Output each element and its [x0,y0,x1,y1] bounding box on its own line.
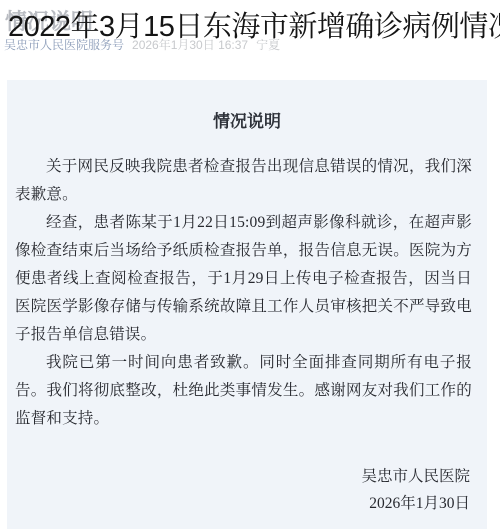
signature-org-name: 吴忠市人民医院 [7,463,470,490]
statement-paragraph-1: 关于网民反映我院患者检查报告出现信息错误的情况，我们深表歉意。 [15,153,472,209]
statement-image[interactable]: 情况说明 关于网民反映我院患者检查报告出现信息错误的情况，我们深表歉意。 经查，… [7,80,487,529]
statement-paragraph-2: 经查，患者陈某于1月22日15:09到超声影像科就诊，在超声影像检查结束后当场给… [15,209,472,349]
signature-date: 2026年1月30日 [7,490,470,517]
statement-signature: 吴忠市人民医院 2026年1月30日 [7,463,487,517]
statement-title: 情况说明 [7,107,487,132]
statement-body: 关于网民反映我院患者检查报告出现信息错误的情况，我们深表歉意。 经查，患者陈某于… [7,153,487,433]
statement-paragraph-3: 我院已第一时间向患者致歉。同时全面排查同期所有电子报告。我们将彻底整改，杜绝此类… [15,349,472,433]
overlay-caption-title: 2022年3月15日东海市新增确诊病例情况 [8,4,500,45]
